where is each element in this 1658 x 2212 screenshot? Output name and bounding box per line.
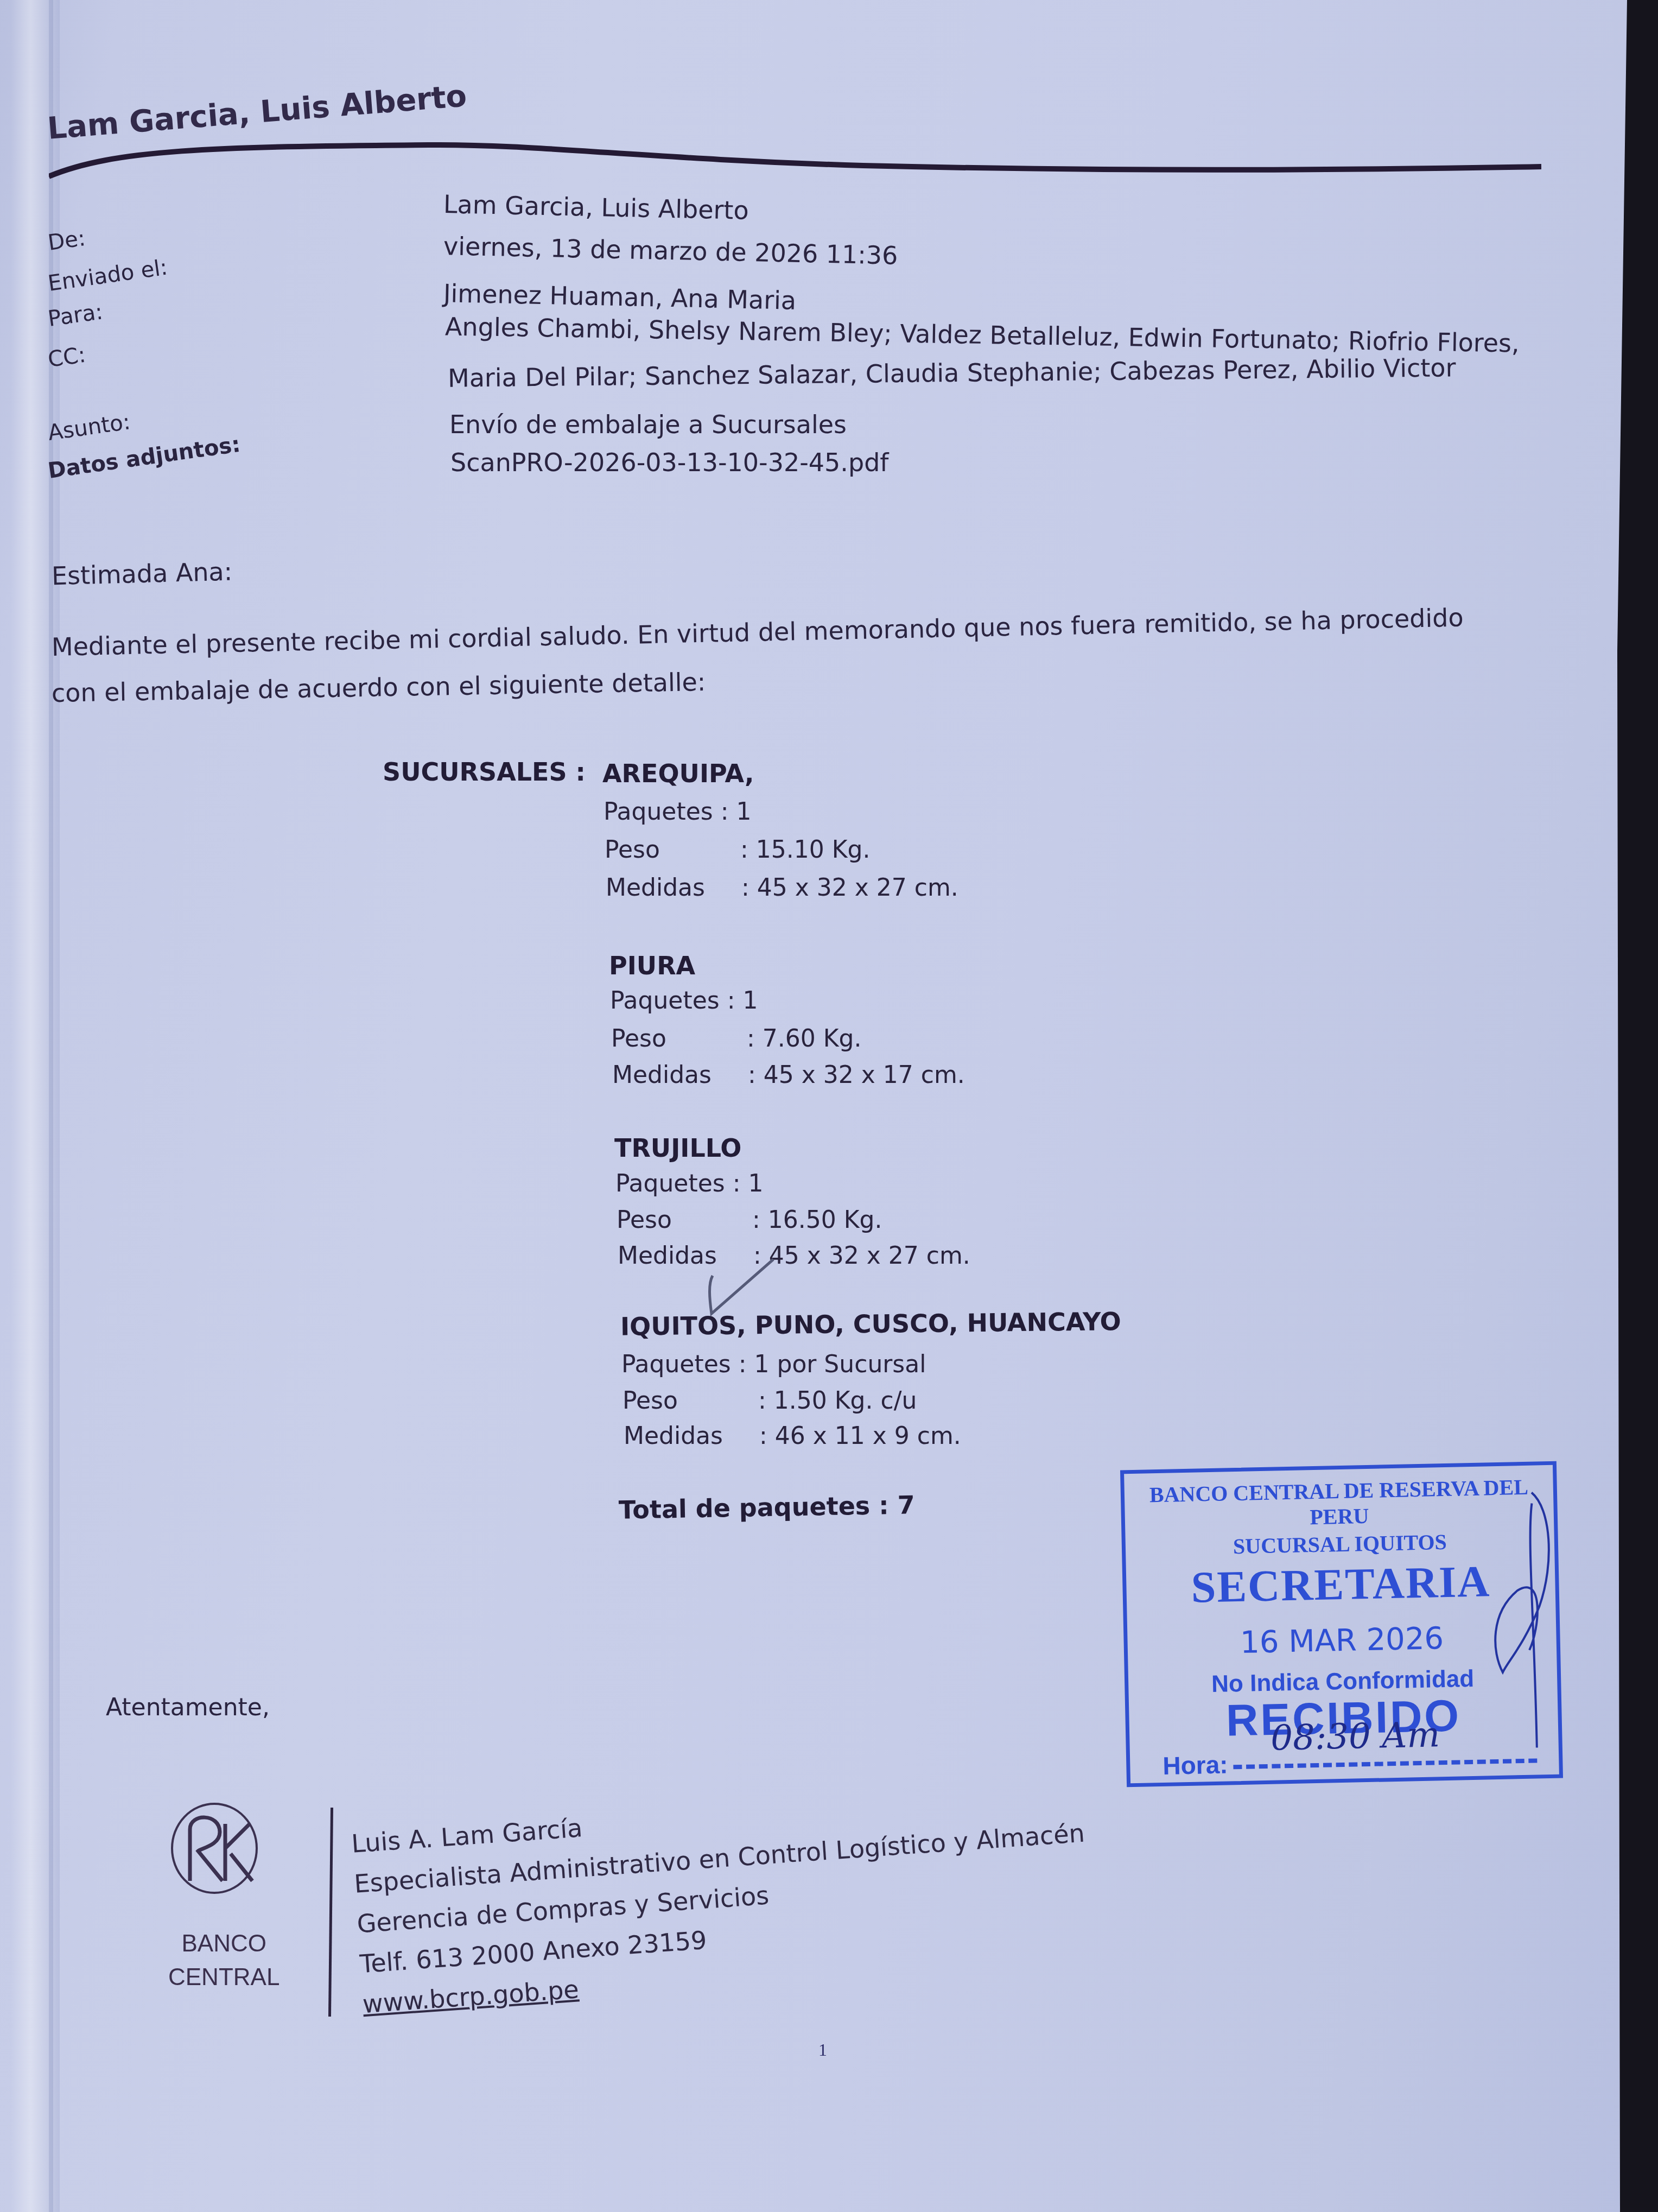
header-sender-name: Lam Garcia, Luis Alberto xyxy=(46,78,468,147)
branch-trujillo-medidas: Medidas: 45 x 32 x 27 cm. xyxy=(618,1242,970,1270)
branch-piura-title: PIURA xyxy=(609,951,695,980)
branch-piura-paquetes: Paquetes : 1 xyxy=(610,987,758,1015)
bcrp-monogram-icon xyxy=(168,1799,263,1897)
printed-email-document: Lam Garcia, Luis Alberto De: Enviado el:… xyxy=(0,0,1628,2212)
branch-arequipa-title: AREQUIPA, xyxy=(602,759,754,788)
branch-arequipa-paquetes: Paquetes : 1 xyxy=(604,798,751,826)
signature-block: Luis A. Lam García Especialista Administ… xyxy=(350,1773,1095,2024)
bank-name: BANCO CENTRAL xyxy=(168,1927,279,1994)
intro-line-1: Mediante el presente recibe mi cordial s… xyxy=(51,603,1464,662)
reception-stamp: BANCO CENTRAL DE RESERVA DEL PERU SUCURS… xyxy=(1120,1461,1563,1788)
attachment-link[interactable]: ScanPRO-2026-03-13-10-32-45.pdf xyxy=(450,448,889,477)
branch-arequipa-peso: Peso: 15.10 Kg. xyxy=(605,836,871,864)
page-number: 1 xyxy=(818,2040,827,2060)
branch-trujillo-peso: Peso: 16.50 Kg. xyxy=(617,1206,882,1234)
handwritten-signature-icon xyxy=(1450,1487,1565,1771)
stamp-handwritten-time: 08:30 Am xyxy=(1271,1715,1440,1759)
branches-label: SUCURSALES : xyxy=(383,757,586,787)
subject-label: Asunto: xyxy=(47,409,132,446)
to-label: Para: xyxy=(47,299,105,332)
total-packages: Total de paquetes : 7 xyxy=(619,1490,916,1525)
branch-group-peso: Peso: 1.50 Kg. c/u xyxy=(622,1387,917,1415)
stamp-hora-label: Hora: xyxy=(1162,1750,1228,1780)
branch-trujillo-paquetes: Paquetes : 1 xyxy=(615,1170,763,1197)
sent-value: viernes, 13 de marzo de 2026 11:36 xyxy=(443,231,898,270)
subject-value: Envío de embalaje a Sucursales xyxy=(449,410,847,439)
branch-arequipa-medidas: Medidas: 45 x 32 x 27 cm. xyxy=(606,874,958,902)
intro-line-2: con el embalaje de acuerdo con el siguie… xyxy=(52,667,706,708)
cc-value-line1: Angles Chambi, Shelsy Narem Bley; Valdez… xyxy=(445,312,1520,358)
branch-piura-medidas: Medidas: 45 x 32 x 17 cm. xyxy=(612,1061,965,1089)
cc-label: CC: xyxy=(47,343,87,372)
bank-name-line-2: CENTRAL xyxy=(168,1961,279,1994)
sent-label: Enviado el: xyxy=(47,255,169,296)
cc-value-line2: Maria Del Pilar; Sanchez Salazar, Claudi… xyxy=(448,353,1456,392)
header-rule-line xyxy=(49,138,1541,182)
branch-group-paquetes: Paquetes : 1 por Sucursal xyxy=(621,1351,926,1378)
branch-group-title: IQUITOS, PUNO, CUSCO, HUANCAYO xyxy=(620,1307,1121,1341)
from-value: Lam Garcia, Luis Alberto xyxy=(443,189,749,225)
to-value: Jimenez Huaman, Ana Maria xyxy=(443,278,797,315)
bank-name-line-1: BANCO xyxy=(168,1927,279,1961)
branch-piura-peso: Peso: 7.60 Kg. xyxy=(611,1025,862,1053)
signature-divider xyxy=(328,1808,333,2017)
closing: Atentamente, xyxy=(106,1694,270,1721)
branch-group-medidas: Medidas: 46 x 11 x 9 cm. xyxy=(624,1422,961,1450)
from-label: De: xyxy=(47,226,87,256)
greeting: Estimada Ana: xyxy=(51,557,232,591)
branch-trujillo-title: TRUJILLO xyxy=(614,1133,741,1163)
